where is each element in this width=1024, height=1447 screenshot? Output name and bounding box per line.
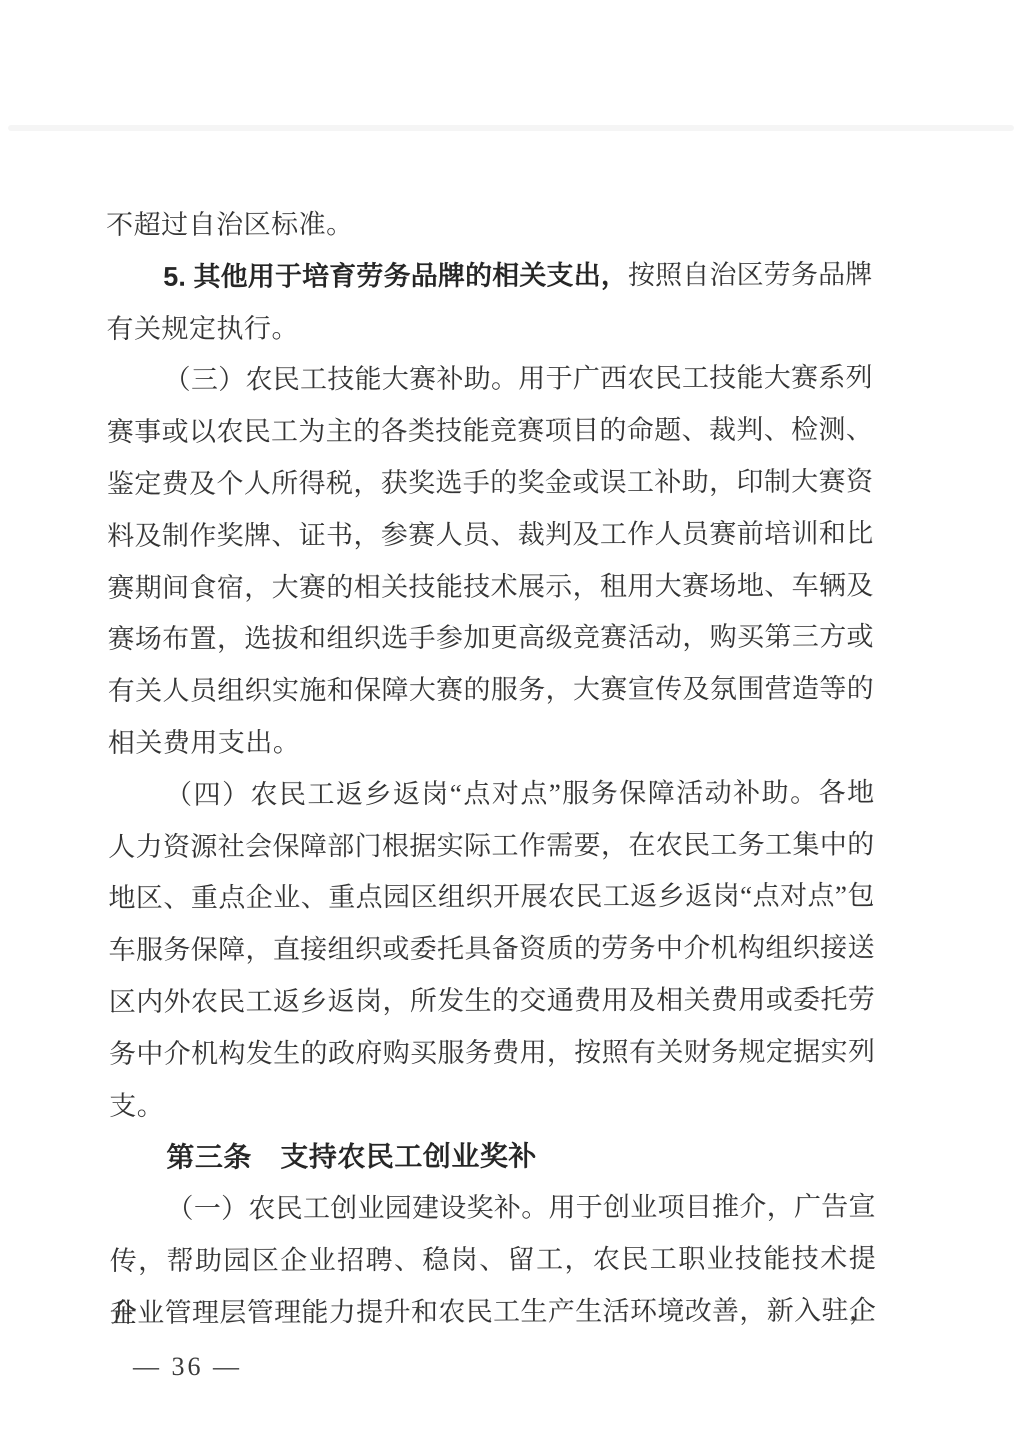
emphasized-text-segment: 第三条 支持农民工创业奖补 [166, 1141, 537, 1173]
line-20: （一）农民工创业园建设奖补。用于创业项目推介，广告宣 [109, 1181, 875, 1235]
line-01: 不超过自治区标准。 [106, 197, 872, 251]
text-segment: （一）农民工创业园建设奖补。用于创业项目推介，广告宣 [166, 1191, 875, 1223]
text-segment: （四）农民工返乡返岗“点对点”服务保障活动补助。各地 [165, 777, 874, 809]
emphasized-text-segment: 5. 其他用于培育劳务品牌的相关支出， [163, 260, 628, 292]
line-16: 区内外农民工返乡返岗，所发生的交通费用及相关费用或委托劳 [109, 974, 875, 1028]
line-04: （三）农民工技能大赛补助。用于广西农民工技能大赛系列 [107, 353, 873, 407]
line-11: 相关费用支出。 [108, 715, 874, 769]
text-segment: 料及制作奖牌、证书，参赛人员、裁判及工作人员赛前培训和比 [107, 518, 873, 551]
text-segment: 有关人员组织实施和保障大赛的服务，大赛宣传及氛围营造等的 [108, 673, 874, 706]
text-segment: 不超过自治区标准。 [106, 209, 354, 240]
line-18: 支。 [109, 1078, 875, 1132]
line-07: 料及制作奖牌、证书，参赛人员、裁判及工作人员赛前培训和比 [107, 508, 873, 562]
line-17: 务中介机构发生的政府购买服务费用，按照有关财务规定据实列 [109, 1026, 875, 1080]
line-09: 赛场布置，选拔和组织选手参加更高级竞赛活动，购买第三方或 [107, 612, 873, 666]
line-12: （四）农民工返乡返岗“点对点”服务保障活动补助。各地 [108, 767, 874, 821]
text-segment: 赛期间食宿，大赛的相关技能技术展示，租用大赛场地、车辆及 [107, 570, 873, 603]
scan-artifact-band [8, 125, 1014, 131]
section-3-heading: 第三条 支持农民工创业奖补 [109, 1130, 875, 1184]
line-14: 地区、重点企业、重点园区组织开展农民工返乡返岗“点对点”包 [108, 871, 874, 925]
text-segment: 支。 [109, 1090, 164, 1120]
line-22: 企业管理层管理能力提升和农民工生产生活环境改善，新入驻企 [110, 1285, 876, 1339]
line-02: 5. 其他用于培育劳务品牌的相关支出，按照自治区劳务品牌 [106, 249, 872, 303]
line-05: 赛事或以农民工为主的各类技能竞赛项目的命题、裁判、检测、 [107, 405, 873, 459]
line-13: 人力资源社会保障部门根据实际工作需要，在农民工务工集中的 [108, 819, 874, 873]
page-number: — 36 — [133, 1347, 242, 1387]
line-03: 有关规定执行。 [106, 301, 872, 355]
text-segment: 有关规定执行。 [106, 313, 299, 344]
line-10: 有关人员组织实施和保障大赛的服务，大赛宣传及氛围营造等的 [108, 663, 874, 717]
line-15: 车服务保障，直接组织或委托具备资质的劳务中介机构组织接送 [109, 922, 875, 976]
line-21: 传，帮助园区企业招聘、稳岗、留工，农民工职业技能技术提升， [110, 1233, 876, 1287]
text-segment: 相关费用支出。 [108, 727, 301, 758]
text-segment: 按照自治区劳务品牌 [628, 259, 872, 290]
text-segment: 务中介机构发生的政府购买服务费用，按照有关财务规定据实列 [109, 1036, 875, 1069]
text-segment: 车服务保障，直接组织或委托具备资质的劳务中介机构组织接送 [109, 932, 875, 965]
text-segment: 鉴定费及个人所得税，获奖选手的奖金或误工补助，印制大赛资 [107, 466, 873, 499]
text-segment: 人力资源社会保障部门根据实际工作需要，在农民工务工集中的 [108, 829, 874, 862]
scanned-document-page: 不超过自治区标准。5. 其他用于培育劳务品牌的相关支出，按照自治区劳务品牌有关规… [0, 0, 1024, 1447]
text-segment: （三）农民工技能大赛补助。用于广西农民工技能大赛系列 [164, 363, 873, 395]
text-segment: 区内外农民工返乡返岗，所发生的交通费用及相关费用或委托劳 [109, 984, 875, 1017]
document-body: 不超过自治区标准。5. 其他用于培育劳务品牌的相关支出，按照自治区劳务品牌有关规… [106, 197, 876, 1339]
line-08: 赛期间食宿，大赛的相关技能技术展示，租用大赛场地、车辆及 [107, 560, 873, 614]
text-segment: 赛场布置，选拔和组织选手参加更高级竞赛活动，购买第三方或 [107, 622, 873, 655]
text-segment: 地区、重点企业、重点园区组织开展农民工返乡返岗“点对点”包 [108, 881, 874, 914]
line-06: 鉴定费及个人所得税，获奖选手的奖金或误工补助，印制大赛资 [107, 456, 873, 510]
text-segment: 企业管理层管理能力提升和农民工生产生活环境改善，新入驻企 [110, 1295, 876, 1328]
text-segment: 赛事或以农民工为主的各类技能竞赛项目的命题、裁判、检测、 [107, 415, 873, 448]
